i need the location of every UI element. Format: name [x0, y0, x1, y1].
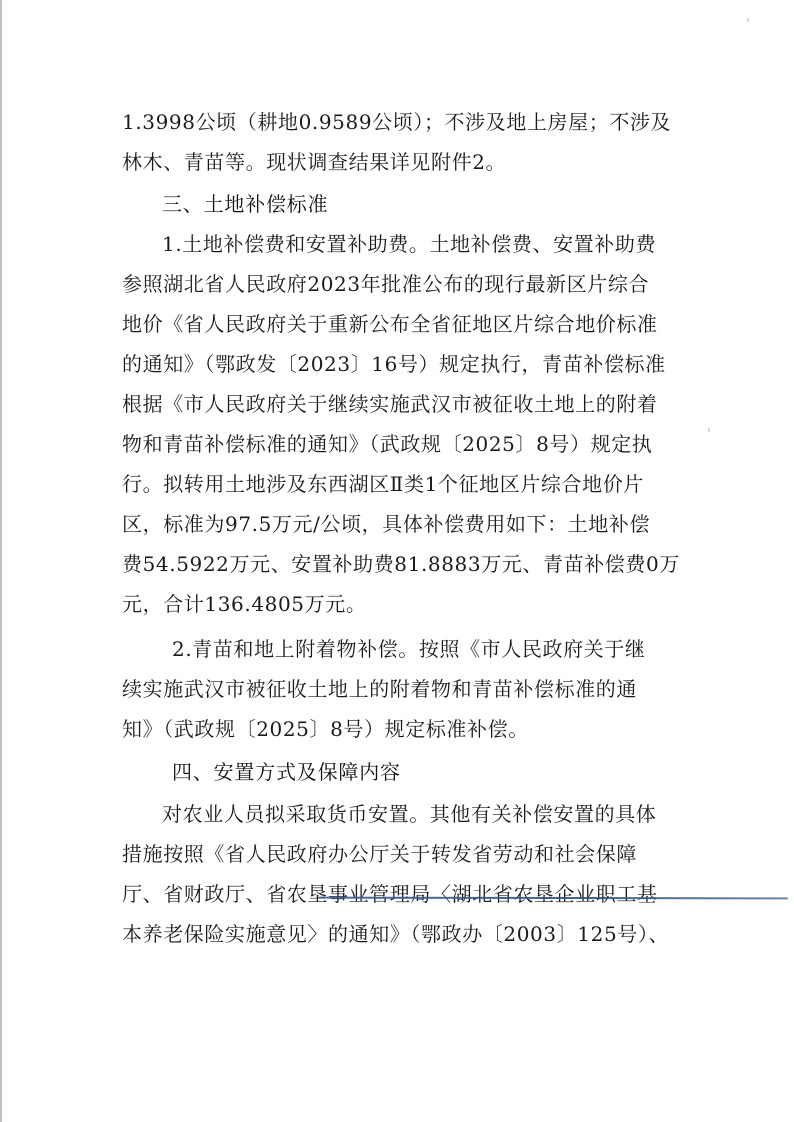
scan-left-edge: [0, 0, 2, 1122]
body-line-8: 根据《市人民政府关于继续实施武汉市被征收土地上的附着: [122, 389, 702, 419]
body-line-21: 本养老保险实施意见〉的通知》（鄂政办〔2003〕125号）、: [122, 919, 702, 949]
body-line-13: 元，合计136.4805万元。: [122, 589, 702, 619]
paragraph-1-start: 1.土地补偿费和安置补助费。土地补偿费、安置补助费: [162, 229, 742, 259]
body-line-2: 林木、青苗等。现状调查结果详见附件2。: [122, 147, 702, 177]
document-page: 1.3998公顷（耕地0.9589公顷）；不涉及地上房屋；不涉及 林木、青苗等。…: [0, 0, 794, 1122]
body-line-9: 物和青苗补偿标准的通知》（武政规〔2025〕8号）规定执: [122, 429, 702, 459]
body-line-19: 措施按照《省人民政府办公厅关于转发省劳动和社会保障: [122, 839, 702, 869]
paragraph-2-start: 2.青苗和地上附着物补偿。按照《市人民政府关于继: [172, 634, 752, 664]
paragraph-3-start: 对农业人员拟采取货币安置。其他有关补偿安置的具体: [162, 799, 742, 829]
body-line-1: 1.3998公顷（耕地0.9589公顷）；不涉及地上房屋；不涉及: [122, 107, 702, 137]
body-line-7: 的通知》（鄂政发〔2023〕16号）规定执行，青苗补偿标准: [122, 349, 702, 379]
scan-speck: [747, 18, 749, 22]
section-heading-4-resettlement: 四、安置方式及保障内容: [172, 757, 752, 787]
body-line-15: 续实施武汉市被征收土地上的附着物和青苗补偿标准的通: [122, 674, 702, 704]
body-line-16: 知》（武政规〔2025〕8号）规定标准补偿。: [122, 714, 702, 744]
body-line-6: 地价《省人民政府关于重新公布全省征地区片综合地价标准: [122, 309, 702, 339]
body-line-20: 厅、省财政厅、省农垦事业管理局〈湖北省农垦企业职工基: [122, 879, 702, 909]
section-heading-3-land-compensation-standard: 三、土地补偿标准: [162, 189, 742, 219]
body-line-10: 行。拟转用土地涉及东西湖区Ⅱ类1个征地区片综合地价片: [122, 469, 702, 499]
scan-speck: [708, 428, 710, 432]
body-line-12: 费54.5922万元、安置补助费81.8883万元、青苗补偿费0万: [122, 549, 702, 579]
body-line-11: 区，标准为97.5万元/公顷，具体补偿费用如下：土地补偿: [122, 509, 702, 539]
body-line-5: 参照湖北省人民政府2023年批准公布的现行最新区片综合: [122, 269, 702, 299]
